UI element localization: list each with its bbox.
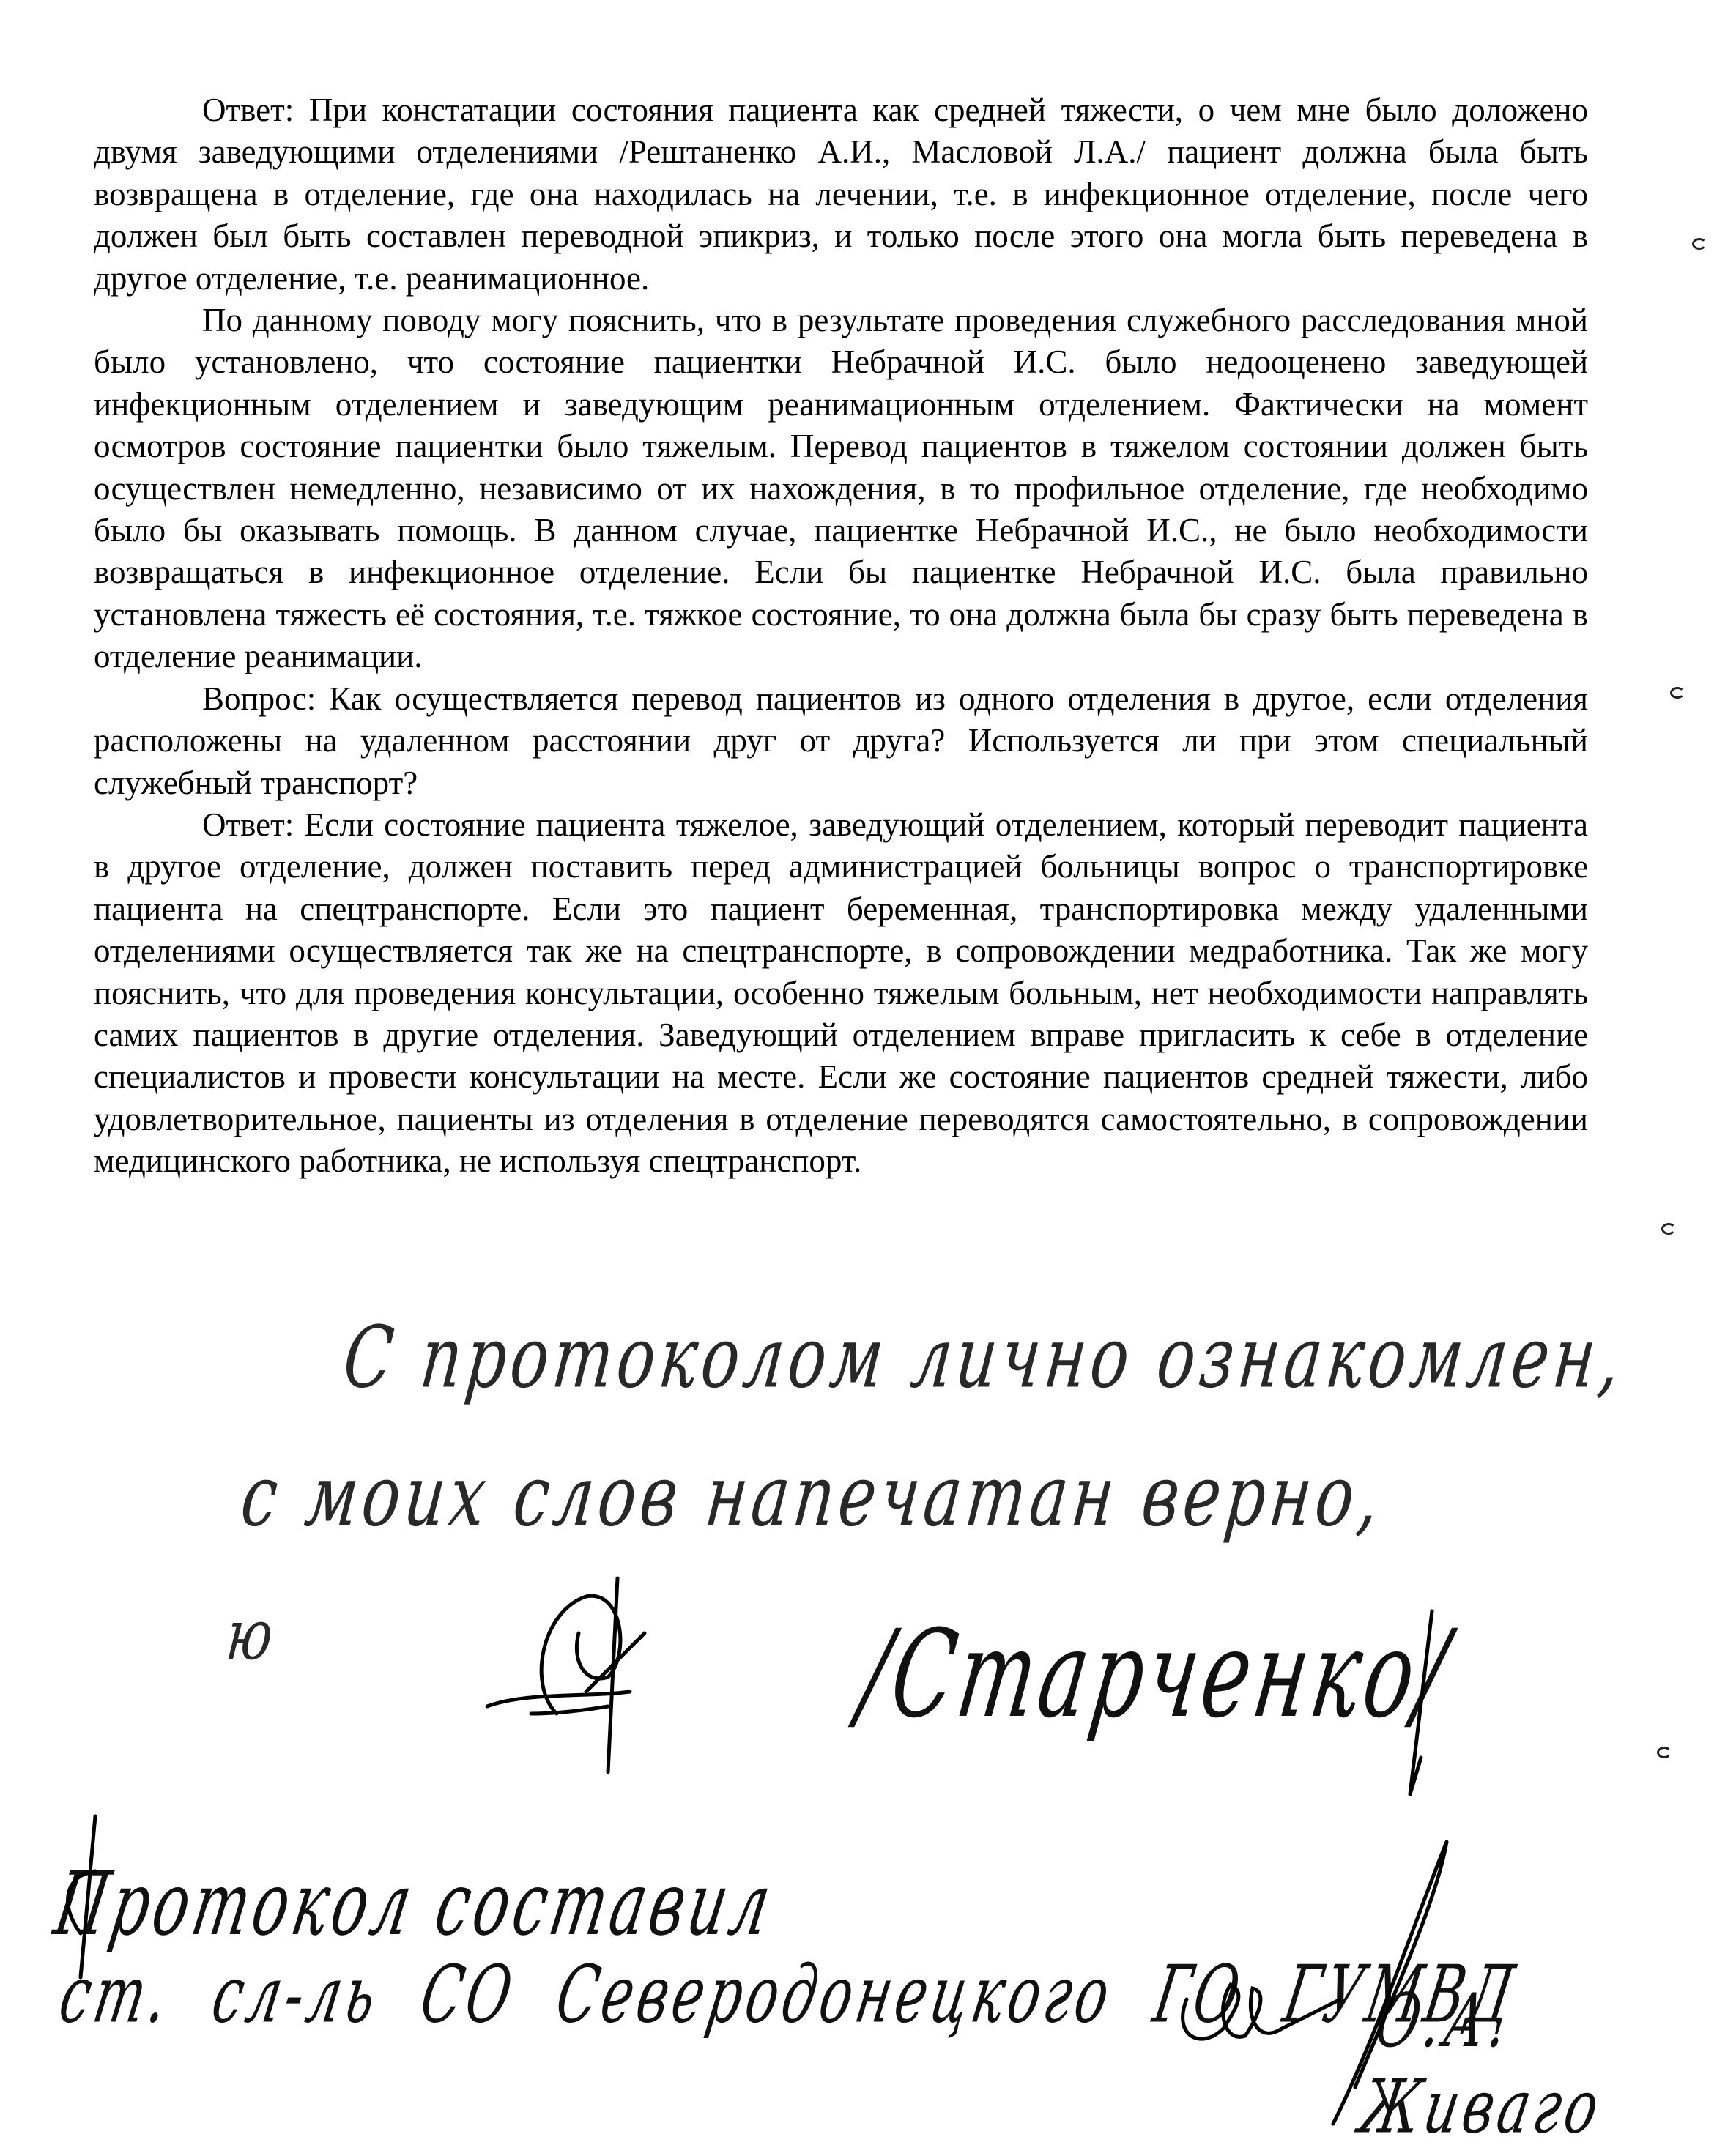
binder-hole-mark	[1661, 1223, 1676, 1235]
compiler-line-2: ст. сл-ль СО Северодонецкого ГО ГУМВД	[53, 1948, 1524, 2040]
attestation-line-1: С протоколом лично ознакомлен,	[249, 1289, 1655, 1427]
question-paragraph: Вопрос: Как осуществляется перевод пацие…	[94, 678, 1588, 804]
typed-testimony: Ответ: При констатации состояния пациент…	[94, 89, 1588, 1183]
attestation-line-2: с моих слов напечатан верно,	[234, 1427, 1641, 1566]
explanation-paragraph: По данному поводу могу пояснить, что в р…	[94, 300, 1588, 678]
binder-hole-mark	[1657, 1747, 1672, 1758]
binder-hole-mark	[1670, 687, 1685, 699]
document-page: Ответ: При констатации состояния пациент…	[0, 0, 1736, 2156]
compiler-line-1: Протокол составил	[48, 1853, 782, 1955]
answer-paragraph-2: Ответ: Если состояние пациента тяжелое, …	[94, 804, 1588, 1183]
witness-signature-name: /Старченко/	[852, 1604, 1459, 1744]
answer-paragraph-1: Ответ: При констатации состояния пациент…	[94, 89, 1588, 300]
binder-hole-mark	[1692, 238, 1707, 250]
compiler-initials: О.А. Живаго	[1354, 1977, 1736, 2149]
